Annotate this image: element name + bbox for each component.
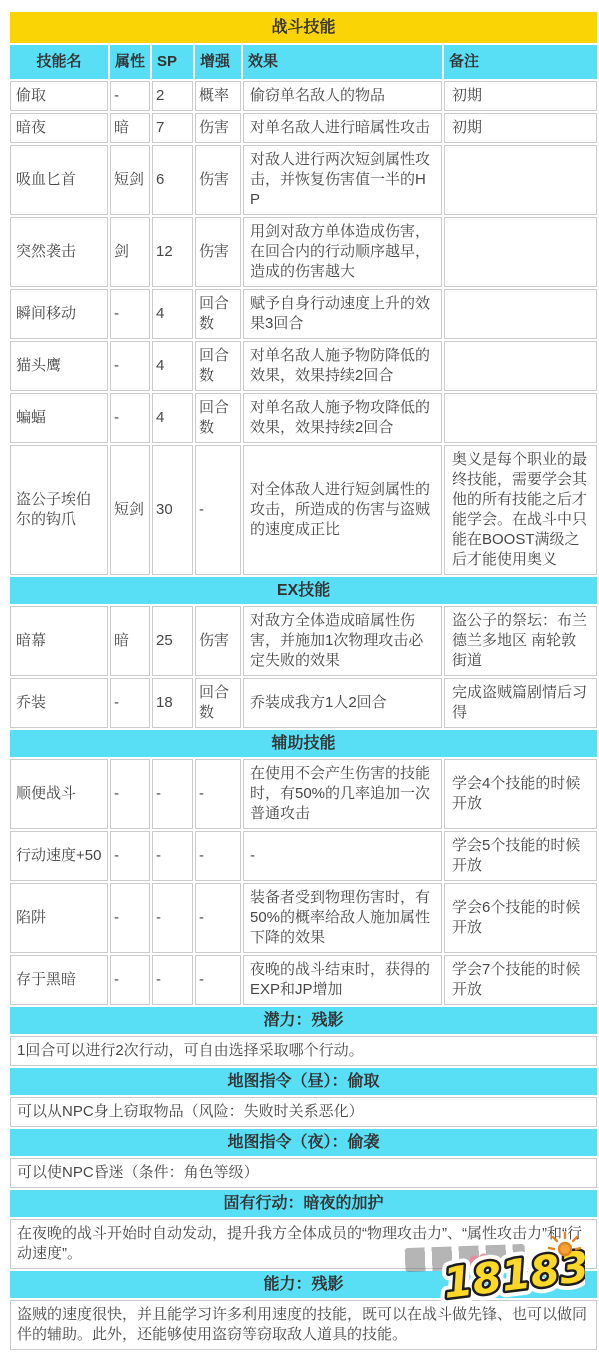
skill-row: 盗公子埃伯尔的钩爪短剑30-对全体敌人进行短剑属性的攻击，所造成的伤害与盗贼的速…: [10, 445, 597, 575]
sp-cell: -: [152, 831, 193, 881]
section-header: 地图指令（夜）：偷袭: [10, 1129, 597, 1156]
effect-cell: 对单名敌人施予物防降低的效果，效果持续2回合: [243, 341, 442, 391]
sp-cell: 7: [152, 113, 193, 143]
sp-cell: 4: [152, 393, 193, 443]
note-cell: [444, 289, 597, 339]
attribute-cell: -: [110, 81, 150, 111]
attribute-cell: 短剑: [110, 145, 150, 215]
sp-cell: -: [152, 759, 193, 829]
effect-cell: 对全体敌人进行短剑属性的攻击，所造成的伤害与盗贼的速度成正比: [243, 445, 442, 575]
skill-name-cell: 存于黑暗: [10, 955, 108, 1005]
sp-cell: -: [152, 883, 193, 953]
attribute-cell: -: [110, 883, 150, 953]
note-cell: [444, 393, 597, 443]
note-cell: 学会7个技能的时候开放: [444, 955, 597, 1005]
skill-name-cell: 突然袭击: [10, 217, 108, 287]
section-header-row: 地图指令（夜）：偷袭: [10, 1129, 597, 1156]
section-header-row: 能力：残影: [10, 1271, 597, 1298]
sp-cell: 2: [152, 81, 193, 111]
sp-cell: -: [152, 955, 193, 1005]
section-header-row: 潜力：残影: [10, 1007, 597, 1034]
attribute-cell: 短剑: [110, 445, 150, 575]
note-cell: [444, 341, 597, 391]
section-header-row: 固有行动：暗夜的加护: [10, 1190, 597, 1217]
info-body-text: 可以使NPC昏迷（条件：角色等级）: [10, 1158, 597, 1188]
effect-cell: 夜晚的战斗结束时，获得的EXP和JP增加: [243, 955, 442, 1005]
boost-cell: 回合数: [195, 393, 241, 443]
skill-row: 乔装-18回合数乔装成我方1人2回合完成盗贼篇剧情后习得: [10, 678, 597, 728]
skill-name-cell: 行动速度+50: [10, 831, 108, 881]
note-cell: 完成盗贼篇剧情后习得: [444, 678, 597, 728]
section-header-row: 地图指令（昼）：偷取: [10, 1068, 597, 1095]
sp-cell: 30: [152, 445, 193, 575]
effect-cell: 赋予自身行动速度上升的效果3回合: [243, 289, 442, 339]
skill-row: 陷阱---装备者受到物理伤害时，有50%的概率给敌人施加属性下降的效果学会6个技…: [10, 883, 597, 953]
skill-row: 猫头鹰-4回合数对单名敌人施予物防降低的效果，效果持续2回合: [10, 341, 597, 391]
note-cell: [444, 145, 597, 215]
info-body-text: 盗贼的速度很快，并且能学习许多利用速度的技能，既可以在战斗做先锋、也可以做同伴的…: [10, 1300, 597, 1350]
boost-cell: 回合数: [195, 341, 241, 391]
boost-cell: 伤害: [195, 113, 241, 143]
skill-name-cell: 吸血匕首: [10, 145, 108, 215]
sp-cell: 4: [152, 289, 193, 339]
skill-row: 暗夜暗7伤害对单名敌人进行暗属性攻击初期: [10, 113, 597, 143]
effect-cell: 在使用不会产生伤害的技能时，有50%的几率追加一次普通攻击: [243, 759, 442, 829]
boost-cell: -: [195, 759, 241, 829]
boost-cell: -: [195, 831, 241, 881]
boost-cell: -: [195, 445, 241, 575]
info-body-row: 1回合可以进行2次行动，可自由选择采取哪个行动。: [10, 1036, 597, 1066]
attribute-cell: -: [110, 678, 150, 728]
attribute-cell: 暗: [110, 606, 150, 676]
skill-row: 顺便战斗---在使用不会产生伤害的技能时，有50%的几率追加一次普通攻击学会4个…: [10, 759, 597, 829]
effect-cell: 对敌方全体造成暗属性伤害，并施加1次物理攻击必定失败的效果: [243, 606, 442, 676]
skill-row: 瞬间移动-4回合数赋予自身行动速度上升的效果3回合: [10, 289, 597, 339]
effect-cell: 对敌人进行两次短剑属性攻击，并恢复伤害值一半的HP: [243, 145, 442, 215]
skill-row: 偷取-2概率偷窃单名敌人的物品初期: [10, 81, 597, 111]
section-header: 能力：残影: [10, 1271, 597, 1298]
effect-cell: 偷窃单名敌人的物品: [243, 81, 442, 111]
boost-cell: 伤害: [195, 217, 241, 287]
col-header-sp: SP: [152, 45, 193, 79]
sp-cell: 25: [152, 606, 193, 676]
effect-cell: 对单名敌人进行暗属性攻击: [243, 113, 442, 143]
info-body-text: 1回合可以进行2次行动，可自由选择采取哪个行动。: [10, 1036, 597, 1066]
info-body-text: 可以从NPC身上窃取物品（风险：失败时关系恶化）: [10, 1097, 597, 1127]
boost-cell: 概率: [195, 81, 241, 111]
info-body-row: 可以使NPC昏迷（条件：角色等级）: [10, 1158, 597, 1188]
skill-name-cell: 暗夜: [10, 113, 108, 143]
attribute-cell: -: [110, 289, 150, 339]
effect-cell: 对单名敌人施予物攻降低的效果，效果持续2回合: [243, 393, 442, 443]
table-title-row: 战斗技能: [10, 12, 597, 43]
section-header: 辅助技能: [10, 730, 597, 757]
col-header-skill-name: 技能名: [10, 45, 108, 79]
section-header: 地图指令（昼）：偷取: [10, 1068, 597, 1095]
sp-cell: 4: [152, 341, 193, 391]
col-header-note: 备注: [444, 45, 597, 79]
boost-cell: 伤害: [195, 145, 241, 215]
attribute-cell: -: [110, 955, 150, 1005]
section-header-row: 辅助技能: [10, 730, 597, 757]
section-header: 潜力：残影: [10, 1007, 597, 1034]
effect-cell: 乔装成我方1人2回合: [243, 678, 442, 728]
info-body-text: 在夜晚的战斗开始时自动发动，提升我方全体成员的“物理攻击力”、“属性攻击力”和“…: [10, 1219, 597, 1269]
info-body-row: 在夜晚的战斗开始时自动发动，提升我方全体成员的“物理攻击力”、“属性攻击力”和“…: [10, 1219, 597, 1269]
section-header: 固有行动：暗夜的加护: [10, 1190, 597, 1217]
skill-name-cell: 瞬间移动: [10, 289, 108, 339]
skills-table: 战斗技能 技能名 属性 SP 增强 效果 备注 偷取-2概率偷窃单名敌人的物品初…: [8, 10, 599, 1352]
attribute-cell: -: [110, 759, 150, 829]
section-header-row: EX技能: [10, 577, 597, 604]
info-body-row: 可以从NPC身上窃取物品（风险：失败时关系恶化）: [10, 1097, 597, 1127]
note-cell: [444, 217, 597, 287]
attribute-cell: -: [110, 393, 150, 443]
skill-name-cell: 猫头鹰: [10, 341, 108, 391]
effect-cell: 装备者受到物理伤害时，有50%的概率给敌人施加属性下降的效果: [243, 883, 442, 953]
note-cell: 学会4个技能的时候开放: [444, 759, 597, 829]
boost-cell: 回合数: [195, 678, 241, 728]
col-header-attribute: 属性: [110, 45, 150, 79]
boost-cell: -: [195, 955, 241, 1005]
note-cell: 初期: [444, 113, 597, 143]
skill-name-cell: 顺便战斗: [10, 759, 108, 829]
attribute-cell: -: [110, 831, 150, 881]
col-header-boost: 增强: [195, 45, 241, 79]
boost-cell: -: [195, 883, 241, 953]
col-header-effect: 效果: [243, 45, 442, 79]
skill-row: 行动速度+50----学会5个技能的时候开放: [10, 831, 597, 881]
info-body-row: 盗贼的速度很快，并且能学习许多利用速度的技能，既可以在战斗做先锋、也可以做同伴的…: [10, 1300, 597, 1350]
page: { "colors":{ "title_bg":"#fbd405", "sect…: [0, 0, 599, 1358]
effect-cell: 用剑对敌方单体造成伤害，在回合内的行动顺序越早，造成的伤害越大: [243, 217, 442, 287]
effect-cell: -: [243, 831, 442, 881]
attribute-cell: 暗: [110, 113, 150, 143]
skill-name-cell: 暗幕: [10, 606, 108, 676]
skill-name-cell: 蝙蝠: [10, 393, 108, 443]
attribute-cell: 剑: [110, 217, 150, 287]
skill-row: 存于黑暗---夜晚的战斗结束时，获得的EXP和JP增加学会7个技能的时候开放: [10, 955, 597, 1005]
skill-name-cell: 乔装: [10, 678, 108, 728]
skill-guide-sheet: 战斗技能 技能名 属性 SP 增强 效果 备注 偷取-2概率偷窃单名敌人的物品初…: [0, 0, 599, 1358]
attribute-cell: -: [110, 341, 150, 391]
skill-row: 蝙蝠-4回合数对单名敌人施予物攻降低的效果，效果持续2回合: [10, 393, 597, 443]
boost-cell: 回合数: [195, 289, 241, 339]
note-cell: 学会5个技能的时候开放: [444, 831, 597, 881]
boost-cell: 伤害: [195, 606, 241, 676]
skill-name-cell: 盗公子埃伯尔的钩爪: [10, 445, 108, 575]
section-header: EX技能: [10, 577, 597, 604]
note-cell: 初期: [444, 81, 597, 111]
sp-cell: 6: [152, 145, 193, 215]
note-cell: 盗公子的祭坛：布兰德兰多地区 南轮敦街道: [444, 606, 597, 676]
skill-name-cell: 陷阱: [10, 883, 108, 953]
note-cell: 学会6个技能的时候开放: [444, 883, 597, 953]
skill-name-cell: 偷取: [10, 81, 108, 111]
table-title: 战斗技能: [10, 12, 597, 43]
column-header-row: 技能名 属性 SP 增强 效果 备注: [10, 45, 597, 79]
skill-row: 吸血匕首短剑6伤害对敌人进行两次短剑属性攻击，并恢复伤害值一半的HP: [10, 145, 597, 215]
skill-row: 突然袭击剑12伤害用剑对敌方单体造成伤害，在回合内的行动顺序越早，造成的伤害越大: [10, 217, 597, 287]
sp-cell: 18: [152, 678, 193, 728]
skill-row: 暗幕暗25伤害对敌方全体造成暗属性伤害，并施加1次物理攻击必定失败的效果盗公子的…: [10, 606, 597, 676]
note-cell: 奥义是每个职业的最终技能，需要学会其他的所有技能之后才能学会。在战斗中只能在BO…: [444, 445, 597, 575]
sp-cell: 12: [152, 217, 193, 287]
